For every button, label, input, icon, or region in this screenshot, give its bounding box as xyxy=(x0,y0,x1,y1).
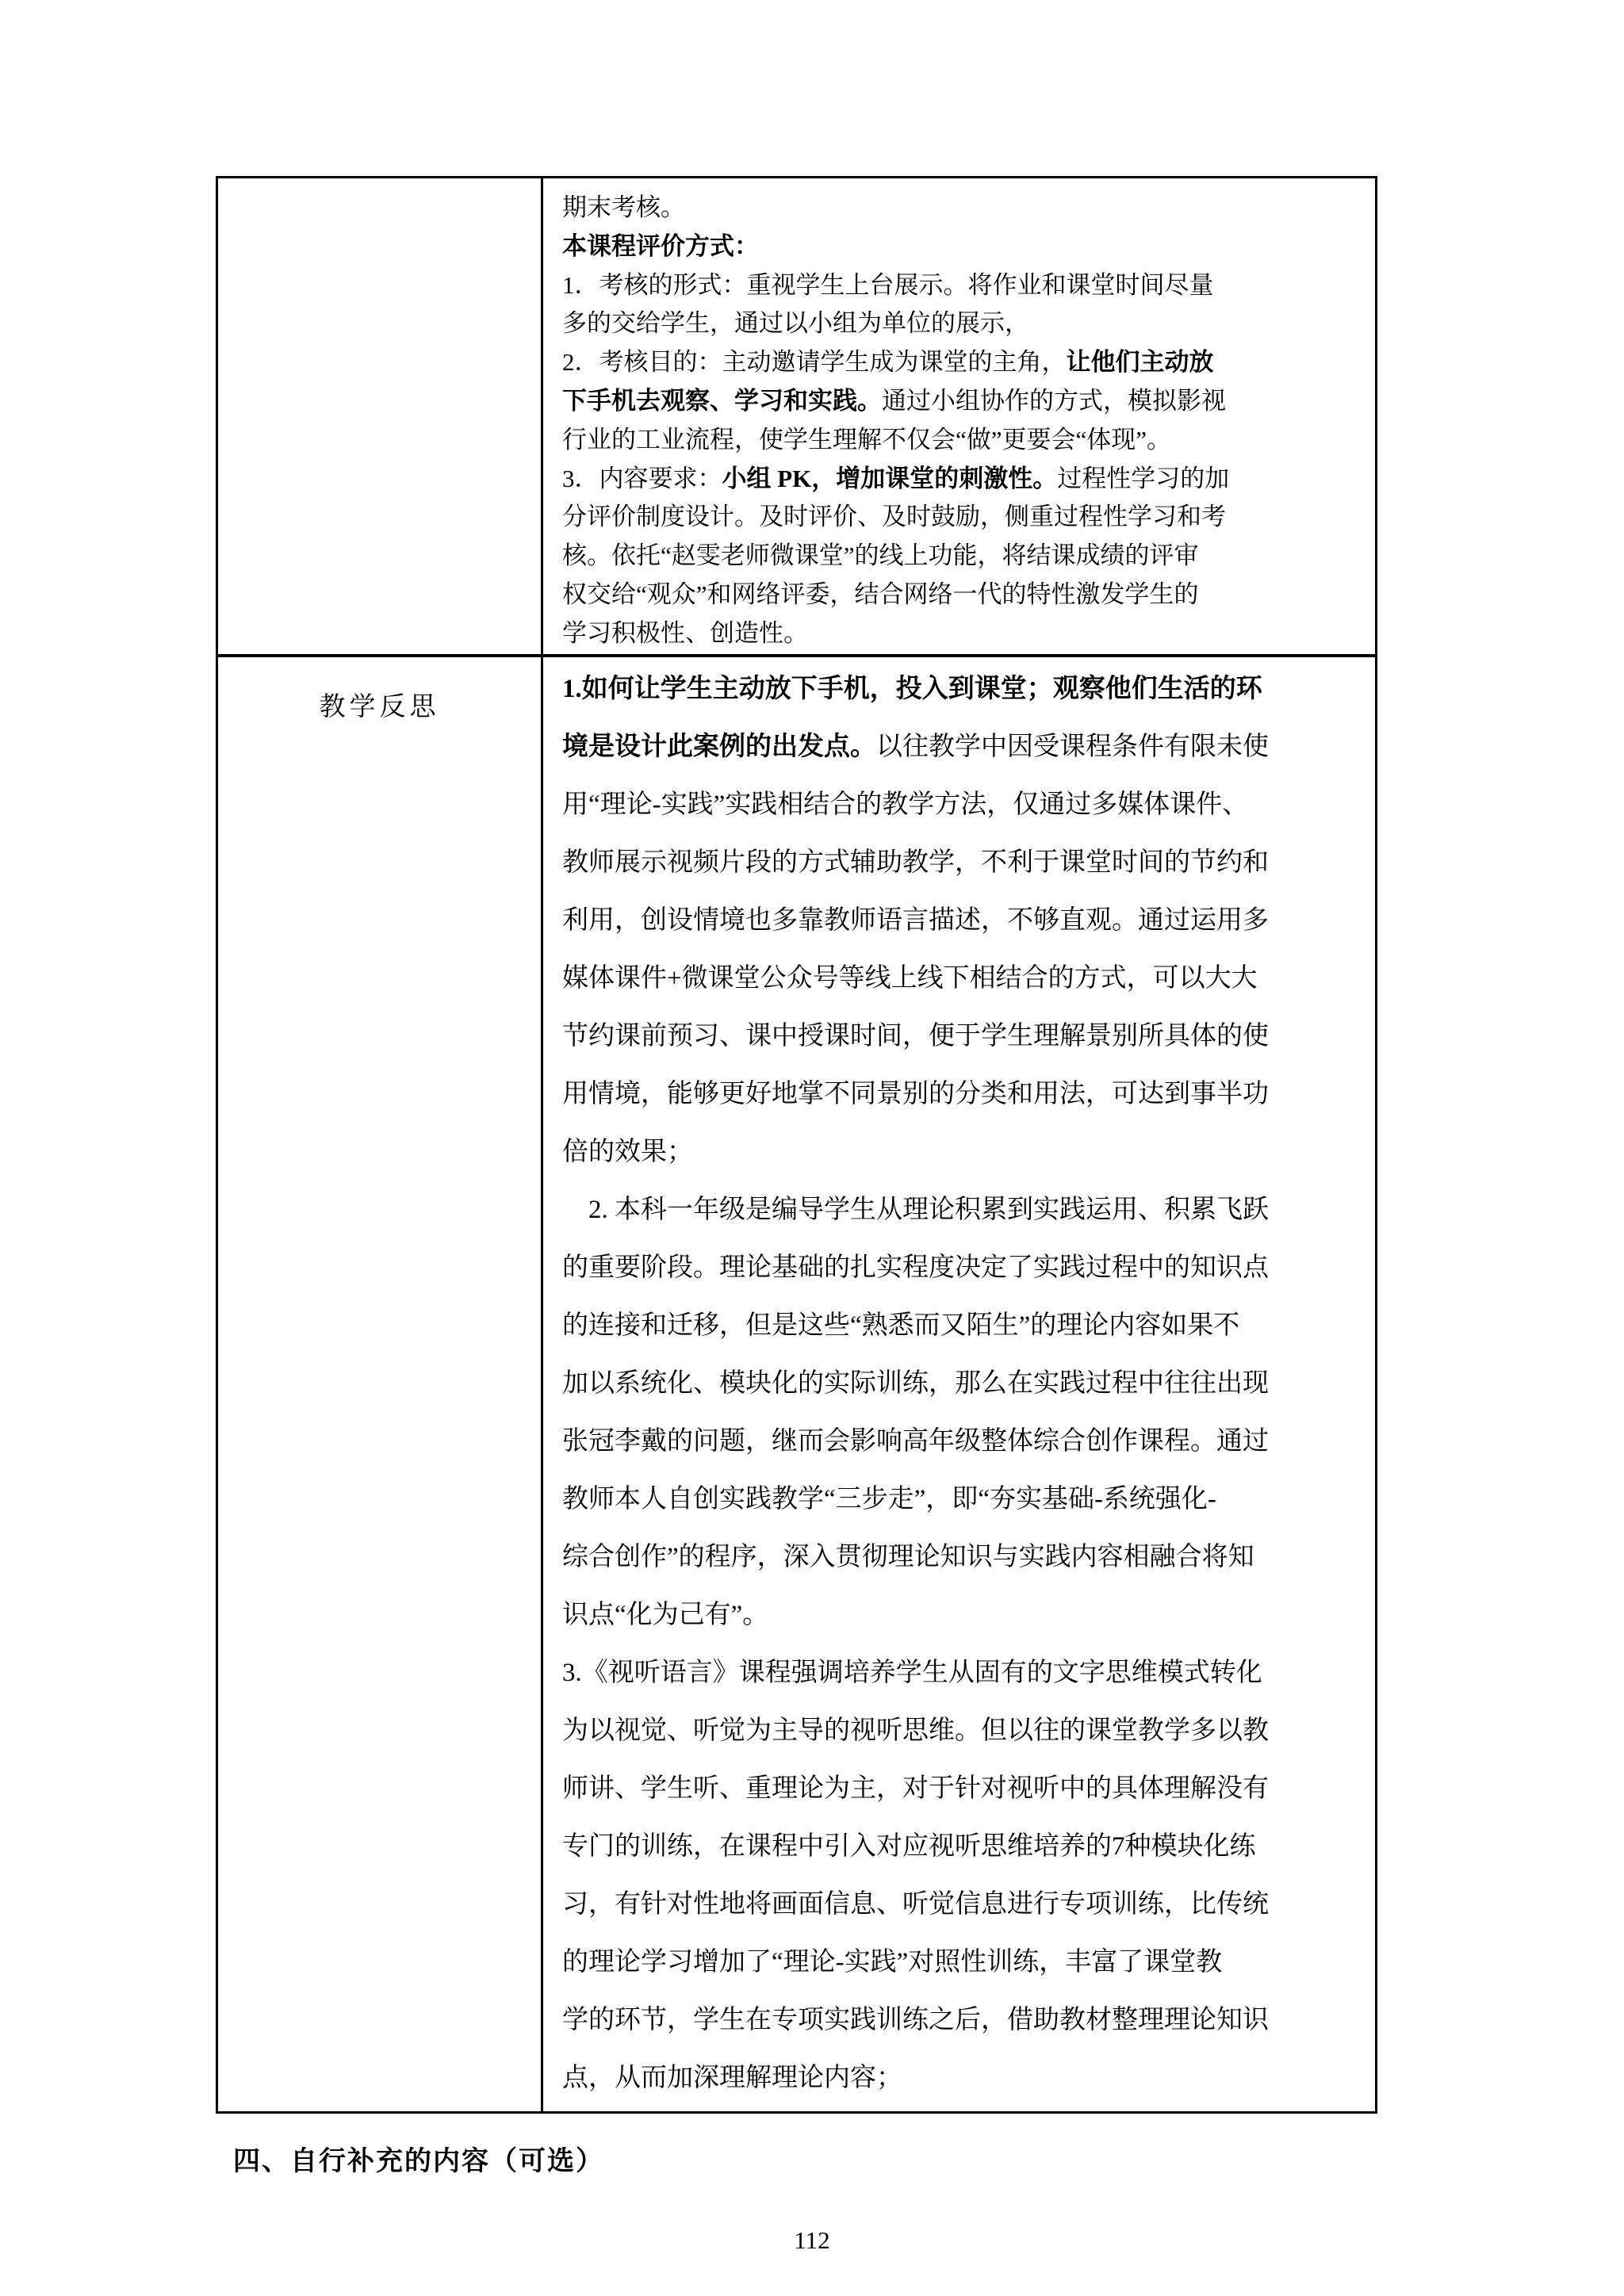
text-line: 的连接和迁移，但是这些“熟悉而又陌生”的理论内容如果不 xyxy=(562,1297,1361,1355)
text-segment: 的理论学习增加了“理论-实践”对照性训练，丰富了课堂教 xyxy=(562,1948,1222,1976)
text-segment: 媒体课件+微课堂公众号等线上线下相结合的方式，可以大大 xyxy=(562,964,1258,993)
text-line: 加以系统化、模块化的实际训练，那么在实践过程中往往出现 xyxy=(562,1355,1361,1413)
text-segment: 利用，创设情境也多靠教师语言描述，不够直观。通过运用多 xyxy=(562,906,1269,935)
text-line: 张冠李戴的问题，继而会影响高年级整体综合创作课程。通过 xyxy=(562,1413,1361,1471)
text-line: 的重要阶段。理论基础的扎实程度决定了实践过程中的知识点 xyxy=(562,1239,1361,1297)
document-page: 期末考核。本课程评价方式：1．考核的形式：重视学生上台展示。将作业和课堂时间尽量… xyxy=(0,0,1624,2296)
text-segment: 期末考核。 xyxy=(562,193,685,221)
text-line: 媒体课件+微课堂公众号等线上线下相结合的方式，可以大大 xyxy=(562,950,1361,1008)
text-segment: 1．考核的形式：重视学生上台展示。将作业和课堂时间尽量 xyxy=(562,271,1214,299)
bold-text-segment: 本课程评价方式： xyxy=(562,232,759,260)
text-segment: 过程性学习的加 xyxy=(1057,465,1229,492)
text-segment: 的重要阶段。理论基础的扎实程度决定了实践过程中的知识点 xyxy=(562,1253,1269,1282)
text-line: 识点“化为己有”。 xyxy=(562,1586,1361,1644)
text-segment: 习，有针对性地将画面信息、听觉信息进行专项训练，比传统 xyxy=(562,1890,1269,1919)
text-line: 多的交给学生，通过以小组为单位的展示， xyxy=(562,304,1361,343)
bold-text-segment: 小组 PK，增加课堂的刺激性。 xyxy=(722,465,1058,492)
text-segment: 权交给“观众”和网络评委，结合网络一代的特性激发学生的 xyxy=(562,580,1199,608)
text-line: 权交给“观众”和网络评委，结合网络一代的特性激发学生的 xyxy=(562,576,1361,614)
bold-text-segment: 下手机去观察、学习和实践。 xyxy=(562,387,882,415)
text-segment: 师讲、学生听、重理论为主，对于针对视听中的具体理解没有 xyxy=(562,1774,1269,1803)
text-line: 为以视觉、听觉为主导的视听思维。但以往的课堂教学多以教 xyxy=(562,1702,1361,1760)
text-segment: 3．内容要求： xyxy=(562,465,722,492)
text-line: 的理论学习增加了“理论-实践”对照性训练，丰富了课堂教 xyxy=(562,1934,1361,1992)
text-line: 3.《视听语言》课程强调培养学生从固有的文字思维模式转化 xyxy=(562,1644,1361,1702)
text-segment: 2. 本科一年级是编导学生从理论积累到实践运用、积累飞跃 xyxy=(588,1196,1269,1224)
text-segment: 倍的效果； xyxy=(562,1138,693,1166)
table-row-teaching-reflection: 教学反思 1.如何让学生主动放下手机，投入到课堂；观察他们生活的环境是设计此案例… xyxy=(218,654,1375,2111)
text-segment: 用“理论-实践”实践相结合的教学方法，仅通过多媒体课件、 xyxy=(562,790,1248,819)
text-segment: 加以系统化、模块化的实际训练，那么在实践过程中往往出现 xyxy=(562,1369,1269,1398)
text-segment: 为以视觉、听觉为主导的视听思维。但以往的课堂教学多以教 xyxy=(562,1716,1269,1745)
text-segment: 核。依托“赵雯老师微课堂”的线上功能，将结课成绩的评审 xyxy=(562,541,1199,569)
text-line: 师讲、学生听、重理论为主，对于针对视听中的具体理解没有 xyxy=(562,1760,1361,1818)
course-evaluation-table: 期末考核。本课程评价方式：1．考核的形式：重视学生上台展示。将作业和课堂时间尽量… xyxy=(216,176,1377,2114)
text-segment: 教师本人自创实践教学“三步走”，即“夯实基础-系统强化- xyxy=(562,1485,1216,1513)
reflection-row-label: 教学反思 xyxy=(320,686,440,723)
text-line: 学的环节，学生在专项实践训练之后，借助教材整理理论知识 xyxy=(562,1992,1361,2049)
text-segment: 用情境，能够更好地掌不同景别的分类和用法，可达到事半功 xyxy=(562,1080,1269,1108)
reflection-row-content-cell: 1.如何让学生主动放下手机，投入到课堂；观察他们生活的环境是设计此案例的出发点。… xyxy=(543,657,1375,2111)
text-segment: 多的交给学生，通过以小组为单位的展示， xyxy=(562,309,1029,337)
text-segment: 的连接和迁移，但是这些“熟悉而又陌生”的理论内容如果不 xyxy=(562,1311,1239,1340)
text-line: 3．内容要求：小组 PK，增加课堂的刺激性。过程性学习的加 xyxy=(562,460,1361,499)
text-line: 学习积极性、创造性。 xyxy=(562,614,1361,653)
text-segment: 综合创作”的程序，深入贯彻理论知识与实践内容相融合将知 xyxy=(562,1543,1254,1571)
evaluation-row-label-cell xyxy=(218,178,543,654)
text-line: 习，有针对性地将画面信息、听觉信息进行专项训练，比传统 xyxy=(562,1876,1361,1934)
text-segment: 点，从而加深理解理论内容； xyxy=(562,2064,902,2092)
section-heading: 四、自行补充的内容（可选） xyxy=(233,2139,604,2178)
text-segment: 以往教学中因受课程条件有限未使 xyxy=(876,733,1269,761)
bold-text-segment: 让他们主动放 xyxy=(1067,348,1214,376)
bold-text-segment: 境是设计此案例的出发点。 xyxy=(562,733,876,761)
text-segment: 3.《视听语言》课程强调培养学生从固有的文字思维模式转化 xyxy=(562,1659,1262,1687)
text-line: 专门的训练，在课程中引入对应视听思维培养的7种模块化练 xyxy=(562,1818,1361,1876)
text-segment: 教师展示视频片段的方式辅助教学，不利于课堂时间的节约和 xyxy=(562,848,1269,877)
reflection-row-label-cell: 教学反思 xyxy=(218,657,543,2111)
text-line: 分评价制度设计。及时评价、及时鼓励，侧重过程性学习和考 xyxy=(562,498,1361,537)
text-line: 1．考核的形式：重视学生上台展示。将作业和课堂时间尽量 xyxy=(562,266,1361,305)
text-line: 期末考核。 xyxy=(562,189,1361,228)
text-segment: 分评价制度设计。及时评价、及时鼓励，侧重过程性学习和考 xyxy=(562,503,1226,530)
evaluation-row-content-cell: 期末考核。本课程评价方式：1．考核的形式：重视学生上台展示。将作业和课堂时间尽量… xyxy=(543,178,1375,654)
text-line: 用情境，能够更好地掌不同景别的分类和用法，可达到事半功 xyxy=(562,1066,1361,1123)
text-line: 境是设计此案例的出发点。以往教学中因受课程条件有限未使 xyxy=(562,718,1361,776)
text-segment: 节约课前预习、课中授课时间，便于学生理解景别所具体的使 xyxy=(562,1022,1269,1050)
text-segment: 识点“化为己有”。 xyxy=(562,1601,768,1629)
page-number: 112 xyxy=(0,2226,1624,2255)
text-line: 倍的效果； xyxy=(562,1123,1361,1181)
text-line: 核。依托“赵雯老师微课堂”的线上功能，将结课成绩的评审 xyxy=(562,537,1361,576)
text-line: 教师本人自创实践教学“三步走”，即“夯实基础-系统强化- xyxy=(562,1471,1361,1529)
text-line: 教师展示视频片段的方式辅助教学，不利于课堂时间的节约和 xyxy=(562,834,1361,892)
text-segment: 专门的训练，在课程中引入对应视听思维培养的7种模块化练 xyxy=(562,1832,1256,1861)
text-line: 点，从而加深理解理论内容； xyxy=(562,2049,1361,2107)
text-line: 2. 本科一年级是编导学生从理论积累到实践运用、积累飞跃 xyxy=(562,1181,1361,1239)
text-segment: 张冠李戴的问题，继而会影响高年级整体综合创作课程。通过 xyxy=(562,1427,1269,1456)
text-line: 用“理论-实践”实践相结合的教学方法，仅通过多媒体课件、 xyxy=(562,776,1361,834)
text-line: 下手机去观察、学习和实践。通过小组协作的方式，模拟影视 xyxy=(562,382,1361,421)
bold-text-segment: 1.如何让学生主动放下手机，投入到课堂；观察他们生活的环 xyxy=(562,675,1262,703)
text-segment: 通过小组协作的方式，模拟影视 xyxy=(882,387,1226,415)
text-segment: 2．考核目的：主动邀请学生成为课堂的主角， xyxy=(562,348,1067,376)
text-line: 2．考核目的：主动邀请学生成为课堂的主角，让他们主动放 xyxy=(562,343,1361,382)
text-line: 综合创作”的程序，深入贯彻理论知识与实践内容相融合将知 xyxy=(562,1529,1361,1586)
text-segment: 学的环节，学生在专项实践训练之后，借助教材整理理论知识 xyxy=(562,2006,1269,2034)
table-row-evaluation-continued: 期末考核。本课程评价方式：1．考核的形式：重视学生上台展示。将作业和课堂时间尽量… xyxy=(218,178,1375,654)
text-line: 本课程评价方式： xyxy=(562,228,1361,266)
text-line: 节约课前预习、课中授课时间，便于学生理解景别所具体的使 xyxy=(562,1008,1361,1066)
text-segment: 学习积极性、创造性。 xyxy=(562,619,808,647)
text-line: 1.如何让学生主动放下手机，投入到课堂；观察他们生活的环 xyxy=(562,660,1361,718)
text-line: 行业的工业流程，使学生理解不仅会“做”更要会“体现”。 xyxy=(562,421,1361,460)
text-line: 利用，创设情境也多靠教师语言描述，不够直观。通过运用多 xyxy=(562,892,1361,950)
text-segment: 行业的工业流程，使学生理解不仅会“做”更要会“体现”。 xyxy=(562,426,1171,453)
